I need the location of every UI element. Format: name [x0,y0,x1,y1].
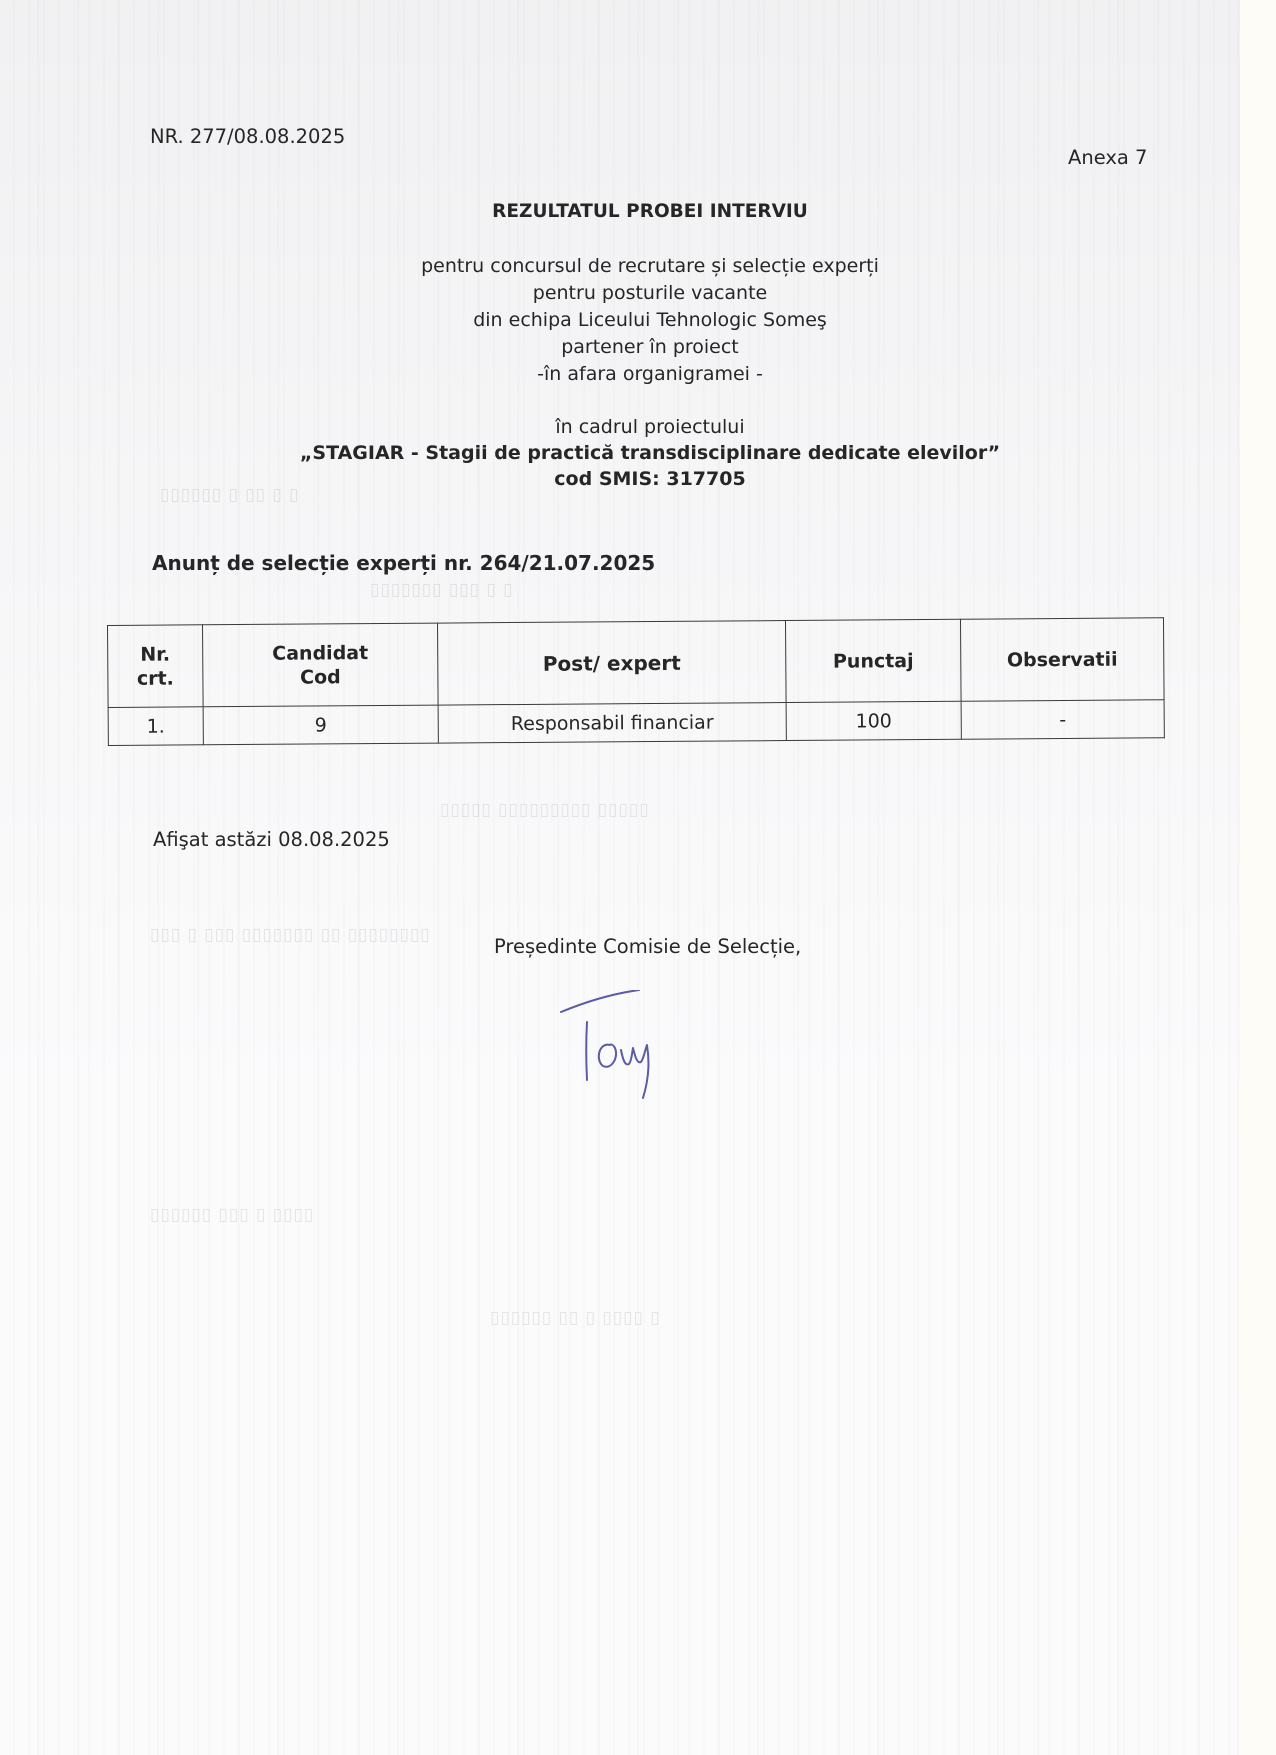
posted-date: Afişat astăzi 08.08.2025 [153,830,390,850]
cell-nr: 1. [108,707,203,746]
subtitle-line: partener în proiect [0,338,1276,357]
subtitle-line: din echipa Liceului Tehnologic Someş [0,311,1276,330]
cell-score: 100 [786,701,961,740]
cell-post: Responsabil financiar [438,703,786,744]
table-row: 1. 9 Responsabil financiar 100 - [108,700,1164,746]
header-nr-line: Nr. [140,643,170,665]
header-candidate-line: Cod [300,666,341,688]
document-title: REZULTATUL PROBEI INTERVIU [0,203,1276,222]
annex-label: Anexa 7 [1068,148,1147,168]
header-candidate-line: Candidat [272,642,368,665]
bleed-through-artifact: ▯▯▯▯▯ ▯▯▯▯▯▯▯▯▯ ▯▯▯▯▯ [440,800,650,820]
header-post: Post/ expert [437,621,786,706]
header-notes: Observatii [960,618,1164,701]
signer-title: Președinte Comisie de Selecție, [494,937,801,957]
results-table: Nr. crt. Candidat Cod Post/ expert Punct… [107,617,1165,746]
selection-announcement: Anunț de selecție experți nr. 264/21.07.… [152,553,655,573]
subtitle-line: -în afara organigramei - [0,365,1276,384]
header-nr-line: crt. [137,667,174,689]
table-header-row: Nr. crt. Candidat Cod Post/ expert Punct… [108,618,1165,708]
project-name: „STAGIAR - Stagii de practică transdisci… [0,444,1276,463]
bleed-through-artifact: ▯▯▯▯▯▯ ▯▯▯ ▯ ▯▯▯▯ [150,1205,314,1225]
bleed-through-artifact: ▯▯▯▯▯▯ ▯▯ ▯ ▯▯▯▯ ▯ [490,1308,661,1328]
header-candidate: Candidat Cod [203,623,439,707]
cell-candidate-code: 9 [203,705,438,745]
subtitle-line: pentru concursul de recrutare și selecți… [0,257,1276,276]
signature-icon [555,990,685,1105]
bleed-through-artifact: ▯▯▯▯▯▯▯ ▯▯▯ ▯ ▯ [370,580,513,600]
bleed-through-artifact: ▯▯▯ ▯ ▯▯▯ ▯▯▯▯▯▯▯ ▯▯ ▯▯▯▯▯▯▯▯ [150,925,431,945]
project-smis-code: cod SMIS: 317705 [0,470,1276,489]
subtitle-line: pentru posturile vacante [0,284,1276,303]
project-intro: în cadrul proiectului [0,418,1276,437]
header-nr: Nr. crt. [108,625,204,708]
header-score: Punctaj [785,619,961,702]
document-number: NR. 277/08.08.2025 [150,127,345,147]
cell-notes: - [961,700,1164,739]
